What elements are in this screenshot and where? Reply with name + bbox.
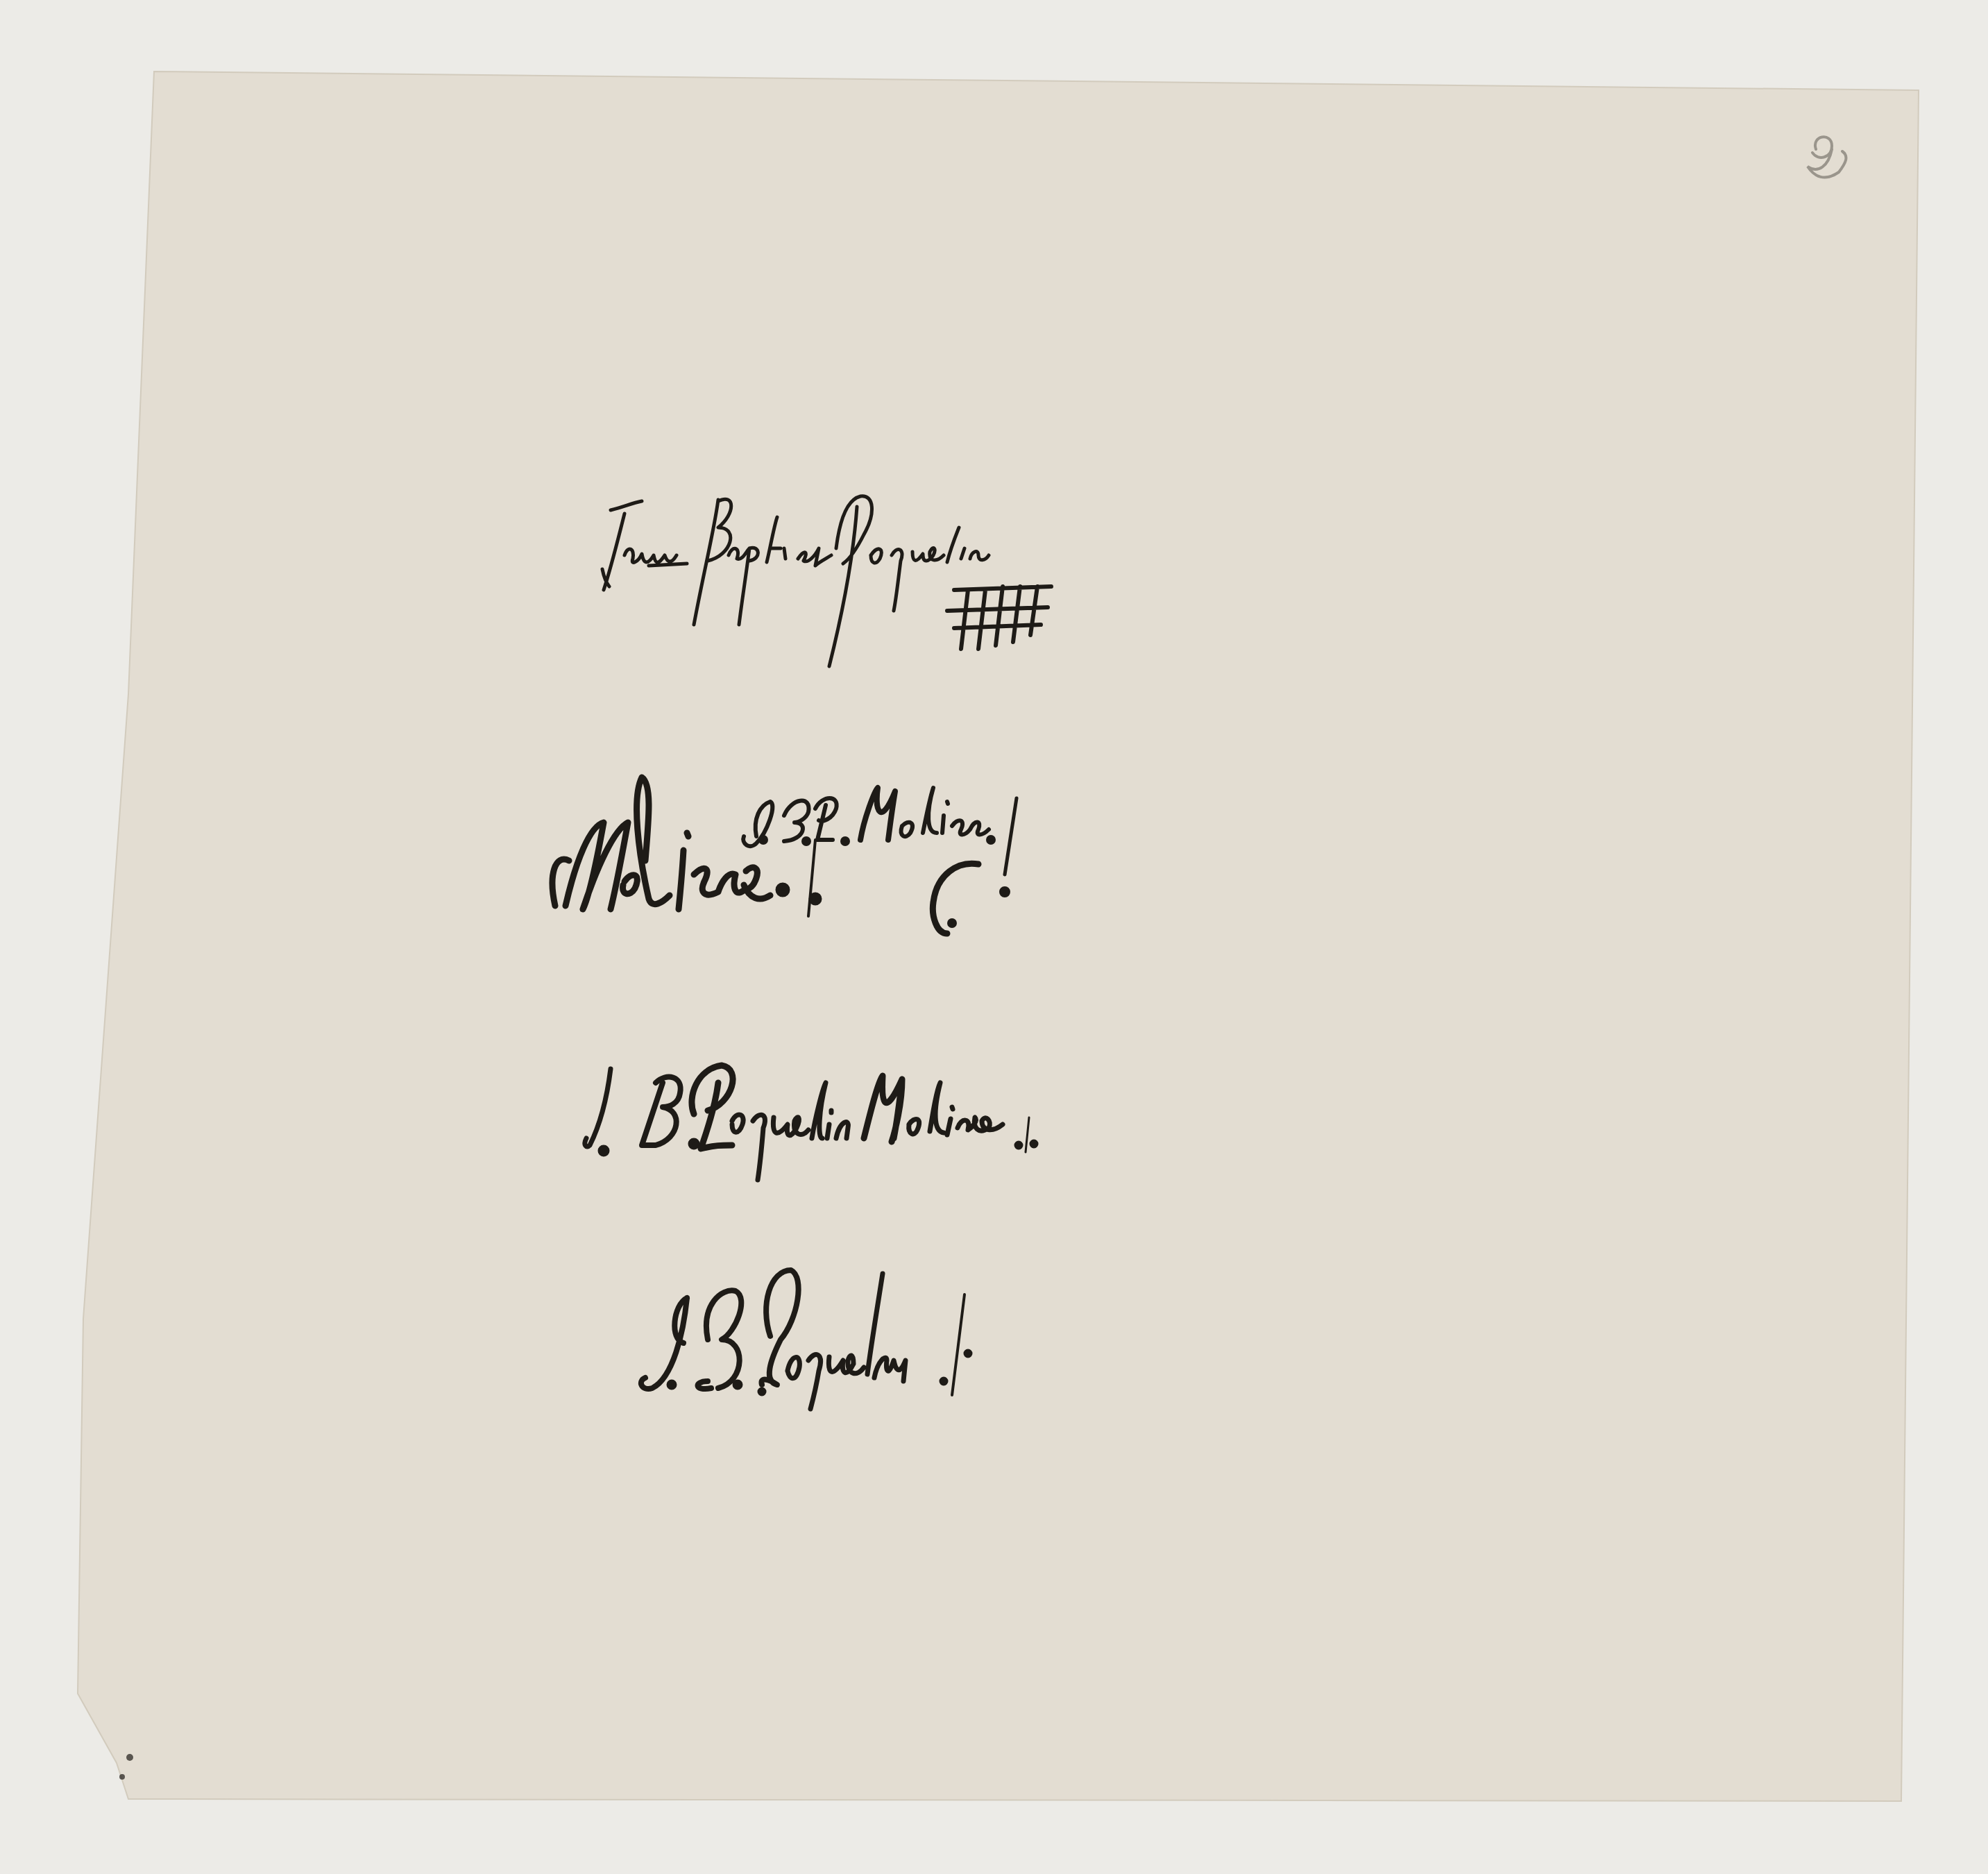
document-sheet: 2 Jean Baptiste Poquelin Moliere.|. J.B.… [0, 0, 1988, 1874]
paper [78, 71, 1919, 1801]
paper-canvas [0, 0, 1988, 1874]
